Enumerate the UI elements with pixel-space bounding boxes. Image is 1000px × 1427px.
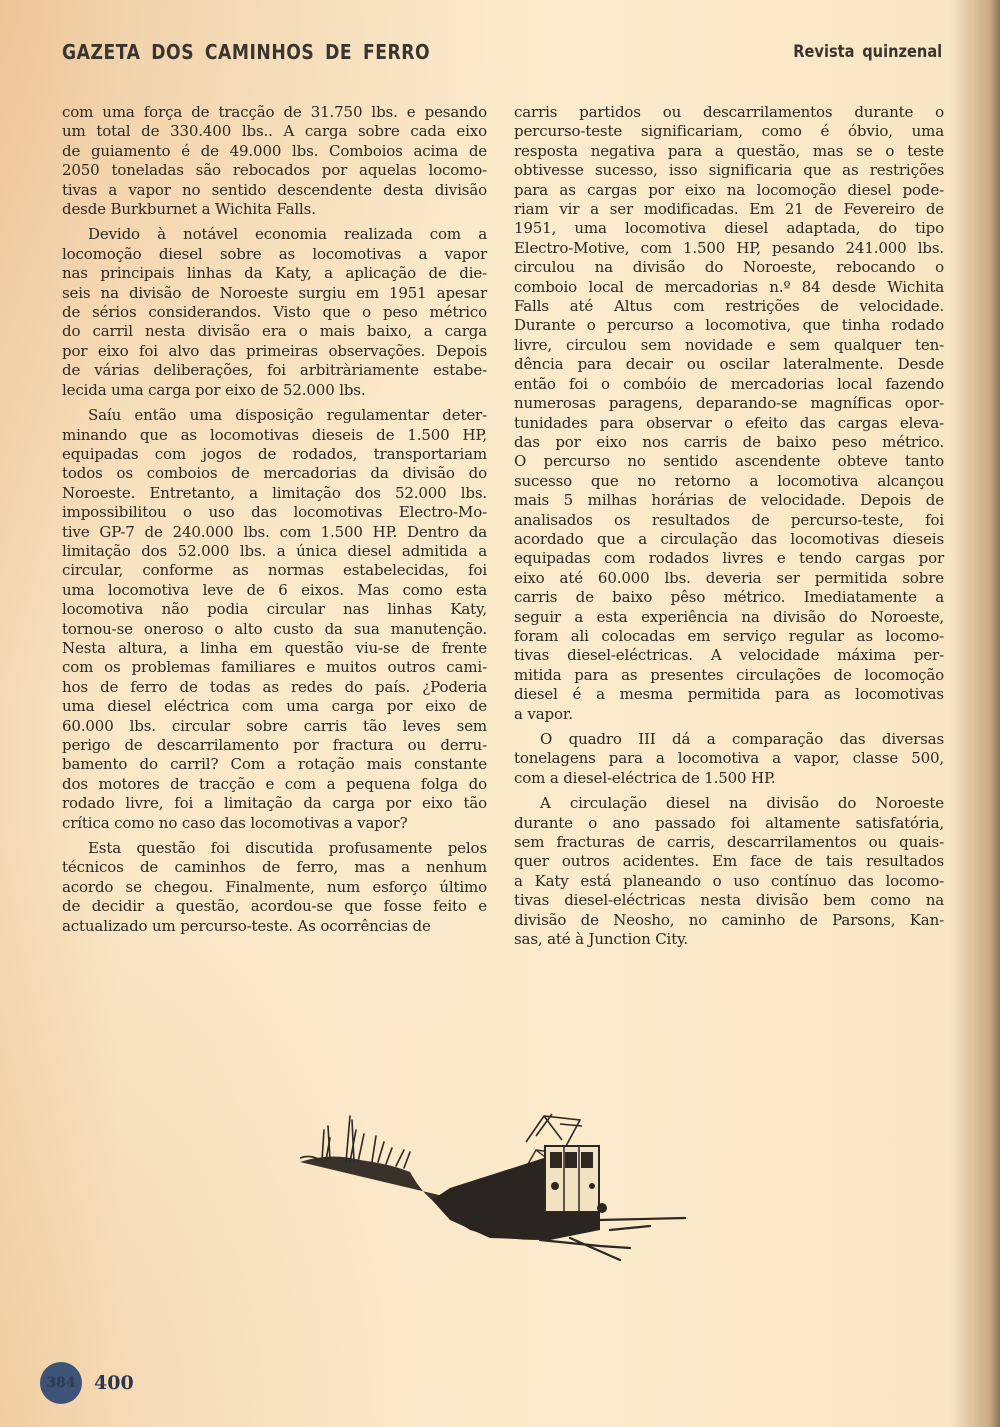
text-line: 1951, uma locomotiva diesel adaptada, do… (514, 219, 944, 238)
text-line: obtivesse sucesso, isso significaria que… (514, 161, 944, 180)
text-line: sas, até à Junction City. (514, 930, 944, 949)
text-line: então foi o combóio de mercadorias local… (514, 375, 944, 394)
text-line: equipadas com jogos de rodados, transpor… (62, 445, 487, 464)
paragraph: com uma força de tracção de 31.750 lbs. … (62, 103, 487, 219)
text-line: durante o ano passado foi altamente sati… (514, 814, 944, 833)
text-line: bamento do carril? Com a rotação mais co… (62, 755, 487, 774)
illustration (300, 1090, 700, 1270)
text-line: tivas diesel-eléctricas. A velocidade má… (514, 646, 944, 665)
text-line: resposta negativa para a questão, mas se… (514, 142, 944, 161)
page-header: GAZETA DOS CAMINHOS DE FERRO Revista qui… (62, 38, 942, 66)
text-line: rodado livre, foi a limitação da carga p… (62, 794, 487, 813)
text-line: técnicos de caminhos de ferro, mas a nen… (62, 858, 487, 877)
text-line: Falls até Altus com restrições de veloci… (514, 297, 944, 316)
text-line: lecida uma carga por eixo de 52.000 lbs. (62, 381, 487, 400)
text-line: com os problemas familiares e muitos out… (62, 658, 487, 677)
text-line: tive GP-7 de 240.000 lbs. com 1.500 HP. … (62, 523, 487, 542)
paragraph: O quadro III dá a comparação das diversa… (514, 730, 944, 788)
text-line: A circulação diesel na divisão do Noroes… (514, 794, 944, 813)
paragraph: carris partidos ou descarrilamentos dura… (514, 103, 944, 724)
text-line: de guiamento é de 49.000 lbs. Comboios a… (62, 142, 487, 161)
text-line: uma diesel eléctrica com uma carga por e… (62, 697, 487, 716)
text-line: com a diesel-eléctrica de 1.500 HP. (514, 769, 944, 788)
text-line: analisados os resultados de percurso-tes… (514, 511, 944, 530)
text-line: acordo se chegou. Finalmente, num esforç… (62, 878, 487, 897)
electric-locomotive-icon (300, 1090, 700, 1270)
text-line: um total de 330.400 lbs.. A carga sobre … (62, 122, 487, 141)
text-line: dência para decair ou oscilar lateralmen… (514, 355, 944, 374)
text-line: sucesso que no retorno a locomotiva alca… (514, 472, 944, 491)
text-line: de sérios considerandos. Visto que o pes… (62, 303, 487, 322)
article-right-column: carris partidos ou descarrilamentos dura… (514, 103, 944, 955)
publication-subtitle: Revista quinzenal (793, 42, 942, 62)
text-line: Devido à notável economia realizada com … (62, 225, 487, 244)
text-line: Electro-Motive, com 1.500 HP, pesando 24… (514, 239, 944, 258)
text-line: mais 5 milhas horárias de velocidade. De… (514, 491, 944, 510)
library-stamp: 384 (40, 1362, 82, 1404)
text-line: minando que as locomotivas dieseis de 1.… (62, 426, 487, 445)
text-line: tunidades para observar o efeito das car… (514, 414, 944, 433)
text-line: quer outros acidentes. Em face de tais r… (514, 852, 944, 871)
text-line: nas principais linhas da Katy, a aplicaç… (62, 264, 487, 283)
paragraph: Saíu então uma disposição regulamentar d… (62, 406, 487, 833)
text-line: Saíu então uma disposição regulamentar d… (62, 406, 487, 425)
text-line: diesel é a mesma permitida para as locom… (514, 685, 944, 704)
text-line: tonelagens para a locomotiva a vapor, cl… (514, 749, 944, 768)
text-line: comboio local de mercadorias n.º 84 desd… (514, 278, 944, 297)
text-line: sem fracturas de carris, descarrilamento… (514, 833, 944, 852)
text-line: percurso-teste significariam, como é óbv… (514, 122, 944, 141)
text-line: carris partidos ou descarrilamentos dura… (514, 103, 944, 122)
text-line: perigo de descarrilamento por fractura o… (62, 736, 487, 755)
text-line: hos de ferro de todas as redes do país. … (62, 678, 487, 697)
text-line: dos motores de tracção e com a pequena f… (62, 775, 487, 794)
text-line: Nesta altura, a linha em questão viu-se … (62, 639, 487, 658)
text-line: actualizado um percurso-teste. As ocorrê… (62, 917, 487, 936)
article-left-column: com uma força de tracção de 31.750 lbs. … (62, 103, 487, 942)
text-line: impossibilitou o uso das locomotivas Ele… (62, 503, 487, 522)
text-line: seguir a esta experiência na divisão do … (514, 608, 944, 627)
text-line: de decidir a questão, acordou-se que fos… (62, 897, 487, 916)
text-line: Esta questão foi discutida profusamente … (62, 839, 487, 858)
text-line: crítica como no caso das locomotivas a v… (62, 814, 487, 833)
text-line: locomoção diesel sobre as locomotivas a … (62, 245, 487, 264)
text-line: todos os comboios de mercadorias da divi… (62, 464, 487, 483)
text-line: seis na divisão de Noroeste surgiu em 19… (62, 284, 487, 303)
text-line: O quadro III dá a comparação das diversa… (514, 730, 944, 749)
paragraph: A circulação diesel na divisão do Noroes… (514, 794, 944, 949)
text-line: equipadas com rodados livres e tendo car… (514, 549, 944, 568)
paragraph: Esta questão foi discutida profusamente … (62, 839, 487, 936)
text-line: para as cargas por eixo na locomoção die… (514, 181, 944, 200)
text-line: 60.000 lbs. circular sobre carris tão le… (62, 717, 487, 736)
text-line: Durante o percurso a locomotiva, que tin… (514, 316, 944, 335)
page-number: 400 (94, 1372, 134, 1394)
text-line: tornou-se oneroso o alto custo da sua ma… (62, 620, 487, 639)
text-line: por eixo foi alvo das primeiras observaç… (62, 342, 487, 361)
text-line: carris de baixo pêso métrico. Imediatame… (514, 588, 944, 607)
text-line: uma locomotiva leve de 6 eixos. Mas como… (62, 581, 487, 600)
page-footer: 384 400 (40, 1362, 134, 1404)
text-line: riam vir a ser modificadas. Em 21 de Fev… (514, 200, 944, 219)
paragraph: Devido à notável economia realizada com … (62, 225, 487, 400)
text-line: eixo até 60.000 lbs. deveria ser permiti… (514, 569, 944, 588)
text-line: acordado que a circulação das locomotiva… (514, 530, 944, 549)
text-line: Noroeste. Entretanto, a limitação dos 52… (62, 484, 487, 503)
text-line: numerosas paragens, deparando-se magnífi… (514, 394, 944, 413)
text-line: desde Burkburnet a Wichita Falls. (62, 200, 487, 219)
text-line: do carril nesta divisão era o mais baixo… (62, 322, 487, 341)
publication-title: GAZETA DOS CAMINHOS DE FERRO (62, 40, 430, 64)
text-line: das por eixo nos carris de baixo peso mé… (514, 433, 944, 452)
text-line: de várias deliberações, foi arbitràriame… (62, 361, 487, 380)
text-line: circular, conforme as normas estabelecid… (62, 561, 487, 580)
text-line: tivas diesel-eléctricas nesta divisão be… (514, 891, 944, 910)
text-line: divisão de Neosho, no caminho de Parsons… (514, 911, 944, 930)
text-line: limitação dos 52.000 lbs. a única diesel… (62, 542, 487, 561)
text-line: livre, circulou sem novidade e sem qualq… (514, 336, 944, 355)
text-line: a vapor. (514, 705, 944, 724)
text-line: tivas a vapor no sentido descendente des… (62, 181, 487, 200)
text-line: mitida para as presentes circulações de … (514, 666, 944, 685)
text-line: foram ali colocadas em serviço regular a… (514, 627, 944, 646)
text-line: O percurso no sentido ascendente obteve … (514, 452, 944, 471)
text-line: locomotiva não podia circular nas linhas… (62, 600, 487, 619)
text-line: com uma força de tracção de 31.750 lbs. … (62, 103, 487, 122)
text-line: circulou na divisão do Noroeste, rebocan… (514, 258, 944, 277)
text-line: 2050 toneladas são rebocados por aquelas… (62, 161, 487, 180)
text-line: a Katy está planeando o uso contínuo das… (514, 872, 944, 891)
